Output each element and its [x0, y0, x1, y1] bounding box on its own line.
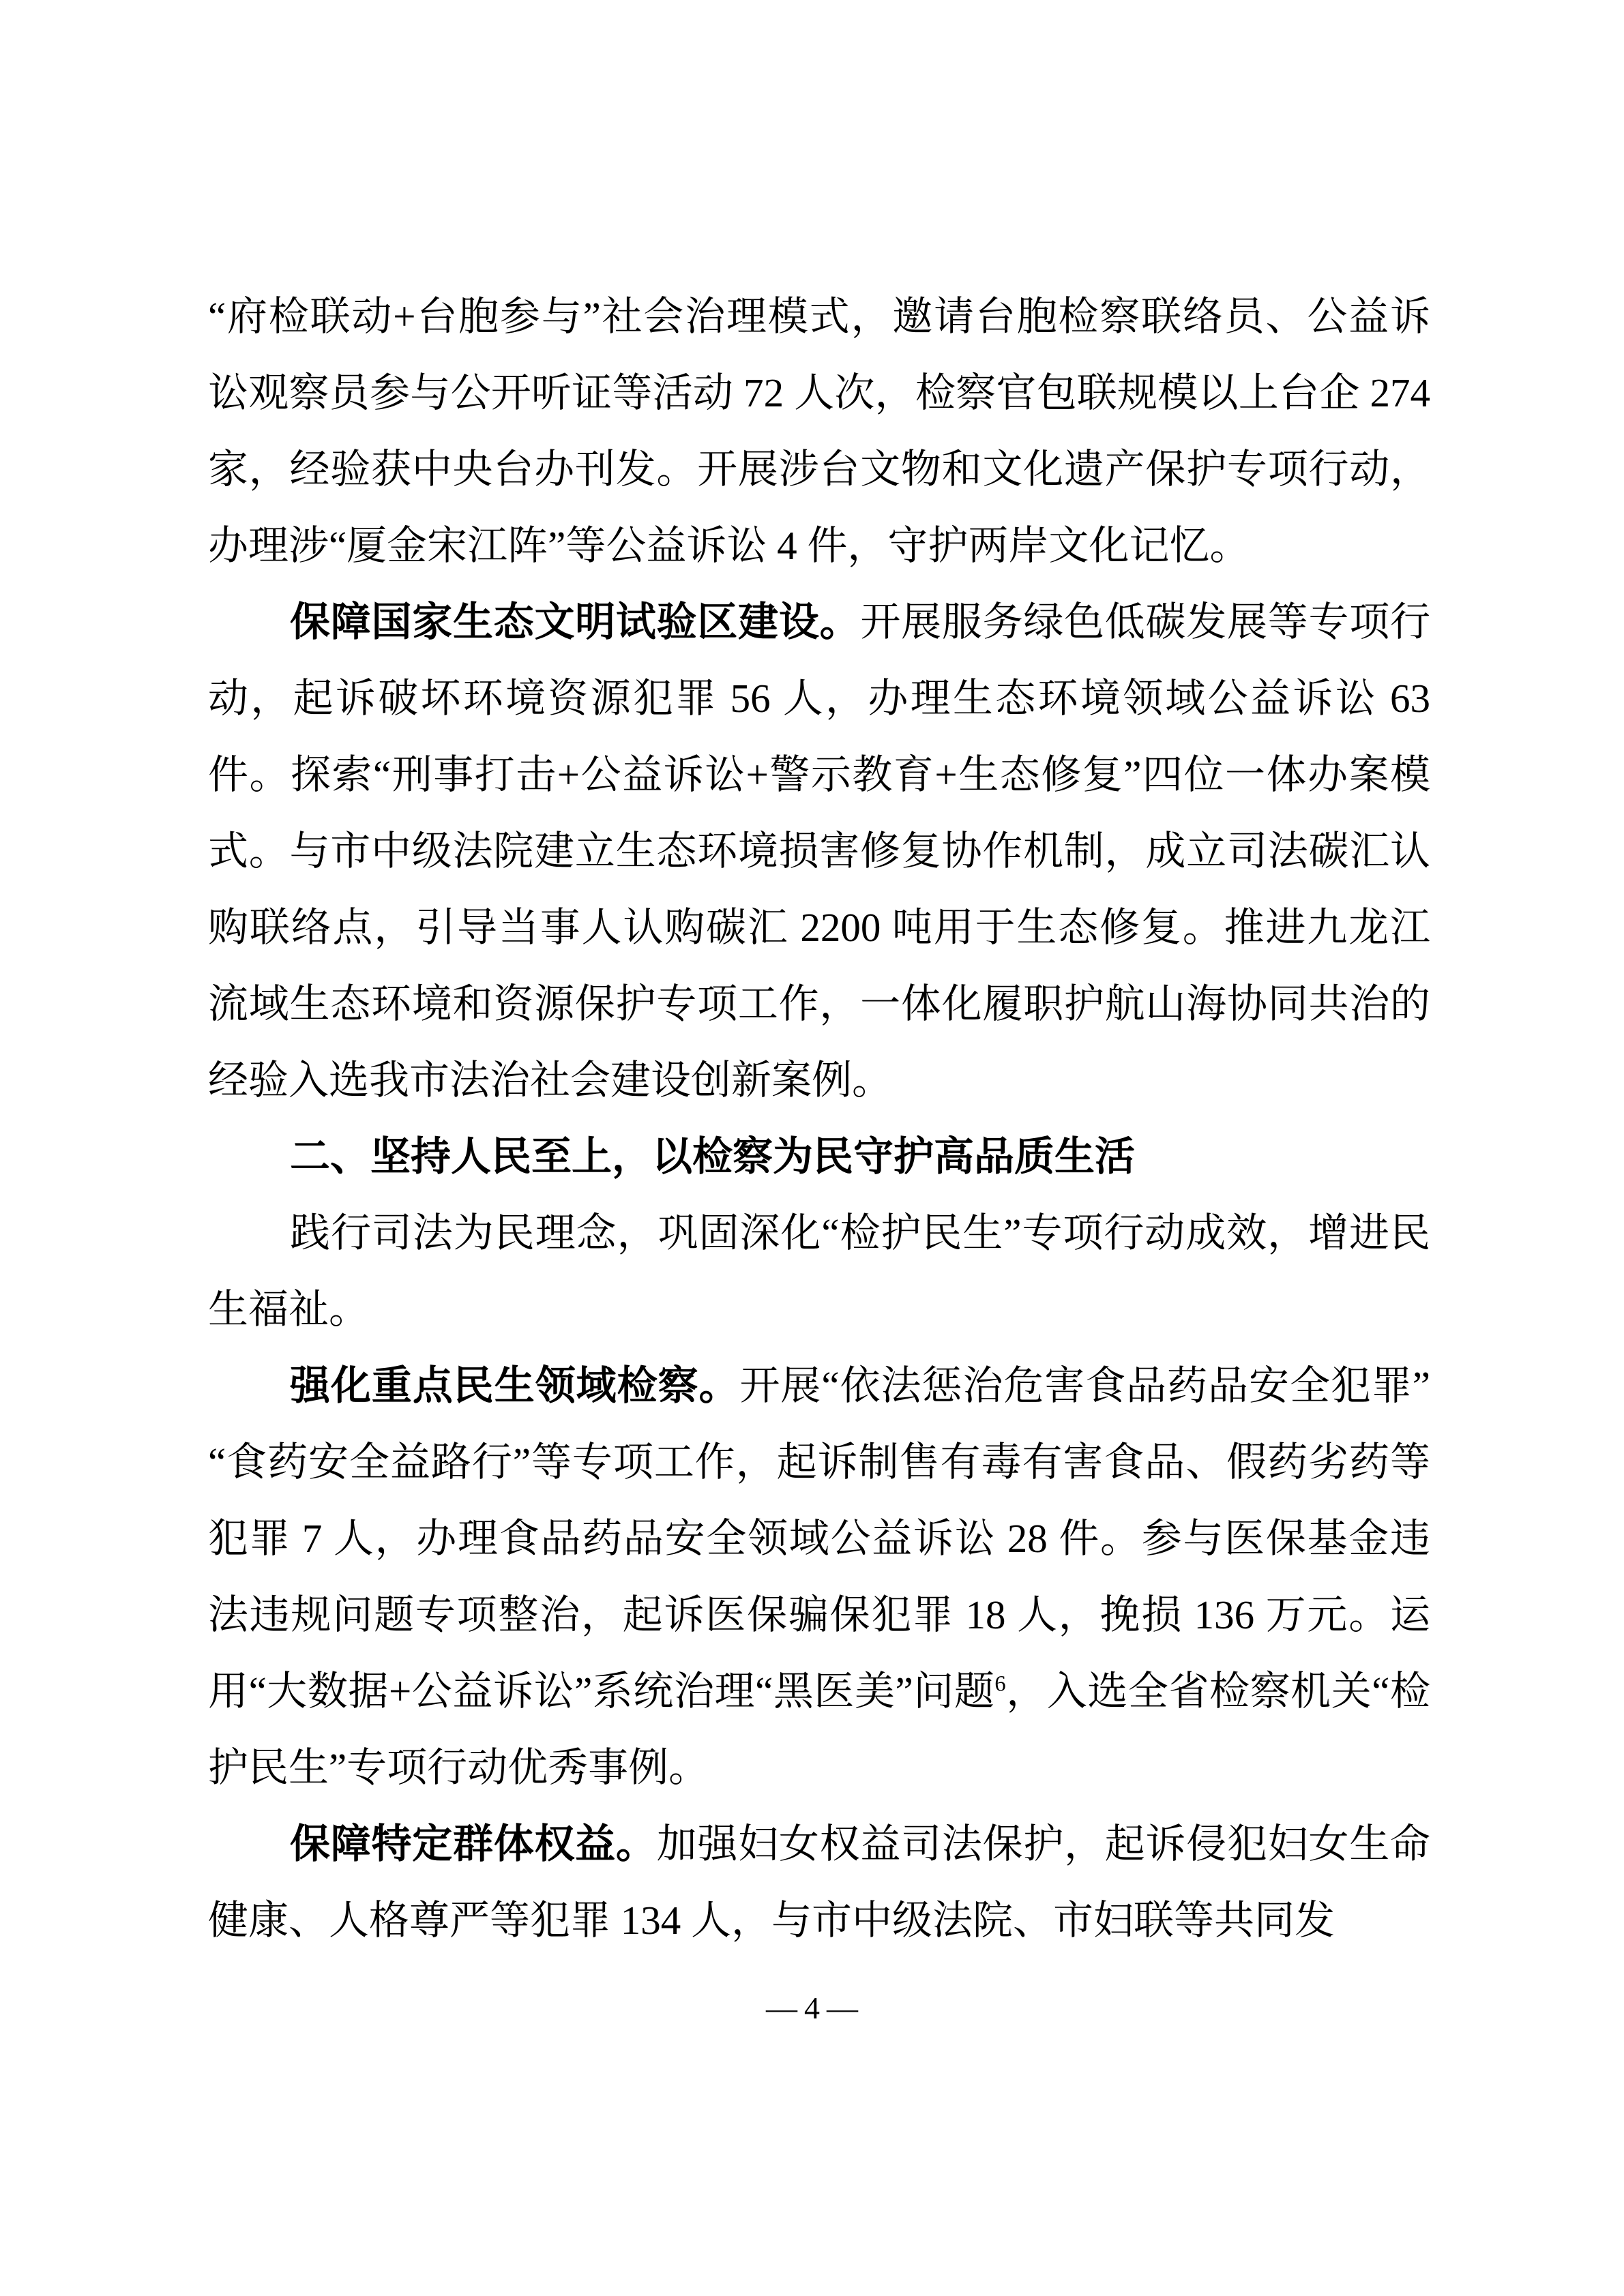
paragraph: 践行司法为民理念，巩固深化“检护民生”专项行动成效，增进民生福祉。 [208, 1195, 1430, 1347]
text-segment: 保障特定群体权益。 [290, 1821, 657, 1866]
page-footer: —4— [0, 1993, 1624, 2024]
text-segment: 强化重点民生领域检察。 [290, 1363, 739, 1408]
page-number: 4 [804, 1991, 820, 2025]
paragraph: 保障国家生态文明试验区建设。开展服务绿色低碳发展等专项行动，起诉破坏环境资源犯罪… [208, 584, 1430, 1118]
paragraph: 保障特定群体权益。加强妇女权益司法保护，起诉侵犯妇女生命健康、人格尊严等犯罪 1… [208, 1806, 1430, 1958]
section-heading: 二、坚持人民至上，以检察为民守护高品质生活 [208, 1118, 1430, 1195]
paragraph: “府检联动+台胞参与”社会治理模式，邀请台胞检察联络员、公益诉讼观察员参与公开听… [208, 278, 1430, 584]
text-segment: 开展“依法惩治危害食品药品安全犯罪”“食药安全益路行”等专项工作，起诉制售有毒有… [208, 1363, 1430, 1714]
text-segment: 保障国家生态文明试验区建设。 [290, 599, 860, 644]
footer-dash-left: — [766, 1991, 797, 2025]
text-segment: 开展服务绿色低碳发展等专项行动，起诉破坏环境资源犯罪 56 人，办理生态环境领域… [208, 599, 1430, 1103]
footnote-ref: 6 [994, 1671, 1005, 1696]
text-segment: “府检联动+台胞参与”社会治理模式，邀请台胞检察联络员、公益诉讼观察员参与公开听… [208, 294, 1430, 568]
document-body: “府检联动+台胞参与”社会治理模式，邀请台胞检察联络员、公益诉讼观察员参与公开听… [208, 278, 1430, 1958]
text-segment: 二、坚持人民至上，以检察为民守护高品质生活 [290, 1134, 1135, 1179]
text-segment: 践行司法为民理念，巩固深化“检护民生”专项行动成效，增进民生福祉。 [208, 1210, 1430, 1332]
footer-dash-right: — [827, 1991, 858, 2025]
document-page: “府检联动+台胞参与”社会治理模式，邀请台胞检察联络员、公益诉讼观察员参与公开听… [0, 0, 1624, 2296]
paragraph: 强化重点民生领域检察。开展“依法惩治危害食品药品安全犯罪”“食药安全益路行”等专… [208, 1347, 1430, 1806]
